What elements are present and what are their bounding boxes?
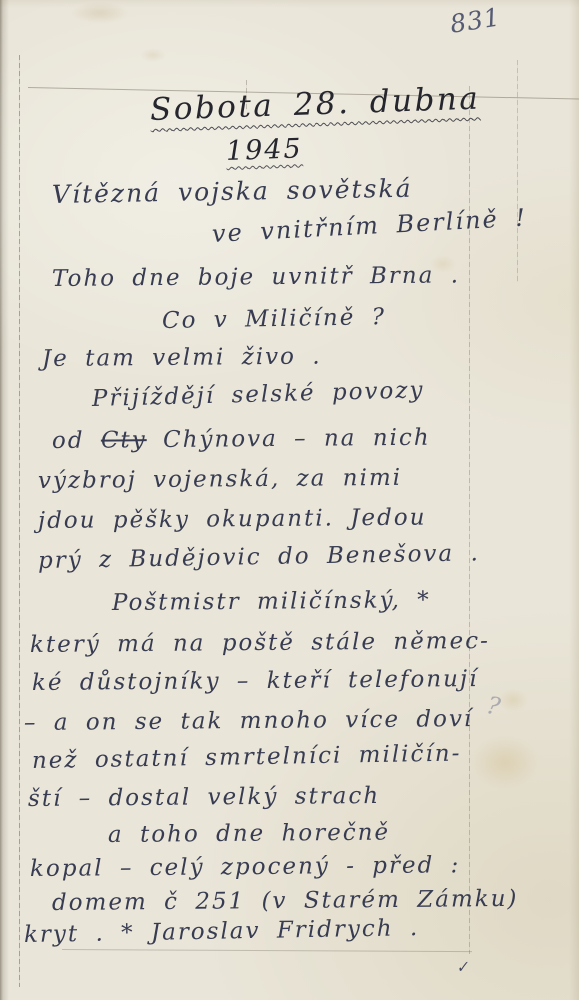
pencil-border-bottom: [62, 949, 472, 952]
page-number: 831: [448, 2, 503, 39]
handwritten-line: ští – dostal velký strach: [28, 783, 380, 812]
line-text: Chýnova – na nich: [147, 425, 431, 453]
handwritten-line: domem č 251 (v Starém Zámku): [52, 886, 519, 916]
handwritten-line: Co v Miličíně ?: [162, 304, 386, 334]
handwritten-line: a toho dne horečně: [108, 820, 390, 848]
handwritten-line: Je tam velmi živo .: [42, 344, 322, 372]
entry-date: Sobota 28. dubna: [149, 80, 481, 128]
handwritten-line: prý z Budějovic do Benešova .: [38, 540, 480, 574]
margin-question-mark: ?: [484, 691, 502, 721]
handwritten-line: Toho dne boje uvnitř Brna .: [52, 262, 460, 292]
handwritten-line: Vítězná vojska sovětská: [52, 174, 413, 209]
paper-stain: [140, 48, 166, 62]
handwritten-line: kryt . * Jaroslav Fridrych .: [24, 915, 420, 948]
handwritten-line: Přijíždějí selské povozy: [92, 377, 425, 412]
handwritten-line: který má na poště stále němec-: [30, 628, 490, 658]
pencil-border-left: [19, 55, 20, 987]
handwritten-line: ve vnitřním Berlíně !: [211, 204, 527, 248]
handwritten-line: jdou pěšky okupanti. Jedou: [38, 505, 427, 534]
handwritten-line: než ostatní smrtelníci miličín-: [32, 741, 462, 774]
entry-year: 1945: [225, 133, 303, 167]
handwritten-line: Poštmistr miličínský, *: [112, 587, 431, 616]
pencil-crease-right: [517, 60, 518, 282]
handwritten-line: ké důstojníky – kteří telefonují: [32, 666, 479, 696]
handwritten-line: kopal – celý zpocený - před :: [30, 852, 461, 882]
diary-page-scan: 831 Sobota 28. dubna 1945 Vítězná vojska…: [0, 0, 579, 1000]
line-text: od: [52, 428, 101, 454]
paper-stain: [498, 688, 528, 712]
paper-stain: [470, 735, 540, 790]
handwritten-line: – a on se tak mnoho více doví: [24, 706, 473, 736]
struck-word: Cty: [101, 427, 147, 453]
paper-stain: [70, 2, 130, 24]
bottom-check-mark: ✓: [455, 957, 470, 977]
handwritten-line: výzbroj vojenská, za nimi: [38, 465, 402, 494]
handwritten-line: od Cty Chýnova – na nich: [52, 425, 431, 454]
